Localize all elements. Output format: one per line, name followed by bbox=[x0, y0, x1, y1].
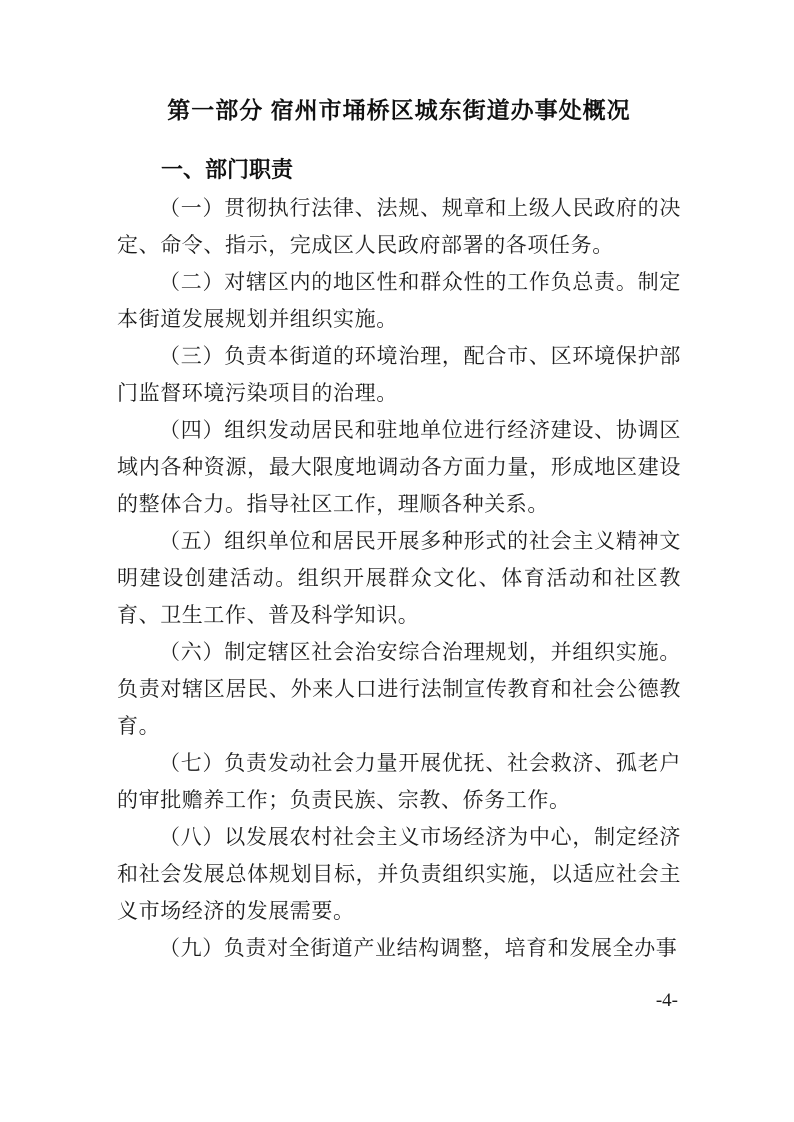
section-heading: 一、部门职责 bbox=[117, 156, 681, 184]
paragraph-1: （一）贯彻执行法律、法规、规章和上级人民政府的决定、命令、指示，完成区人民政府部… bbox=[117, 190, 681, 264]
paragraph-4: （四）组织发动居民和驻地单位进行经济建设、协调区域内各种资源，最大限度地调动各方… bbox=[117, 412, 681, 523]
paragraph-2: （二）对辖区内的地区性和群众性的工作负总责。制定本街道发展规划并组织实施。 bbox=[117, 264, 681, 338]
paragraph-3: （三）负责本街道的环境治理，配合市、区环境保护部门监督环境污染项目的治理。 bbox=[117, 338, 681, 412]
page-number: -4- bbox=[656, 990, 678, 1012]
paragraph-8: （八）以发展农村社会主义市场经济为中心，制定经济和社会发展总体规划目标，并负责组… bbox=[117, 819, 681, 930]
page-title: 第一部分 宿州市埇桥区城东街道办事处概况 bbox=[117, 95, 681, 125]
paragraph-6: （六）制定辖区社会治安综合治理规划，并组织实施。负责对辖区居民、外来人口进行法制… bbox=[117, 634, 681, 745]
document-page: 第一部分 宿州市埇桥区城东街道办事处概况 一、部门职责 （一）贯彻执行法律、法规… bbox=[0, 0, 794, 1122]
document-body: 第一部分 宿州市埇桥区城东街道办事处概况 一、部门职责 （一）贯彻执行法律、法规… bbox=[117, 0, 681, 967]
document-content: （一）贯彻执行法律、法规、规章和上级人民政府的决定、命令、指示，完成区人民政府部… bbox=[117, 190, 681, 967]
paragraph-5: （五）组织单位和居民开展多种形式的社会主义精神文明建设创建活动。组织开展群众文化… bbox=[117, 523, 681, 634]
paragraph-9: （九）负责对全街道产业结构调整，培育和发展全办事 bbox=[117, 930, 681, 967]
paragraph-7: （七）负责发动社会力量开展优抚、社会救济、孤老户的审批赡养工作；负责民族、宗教、… bbox=[117, 745, 681, 819]
